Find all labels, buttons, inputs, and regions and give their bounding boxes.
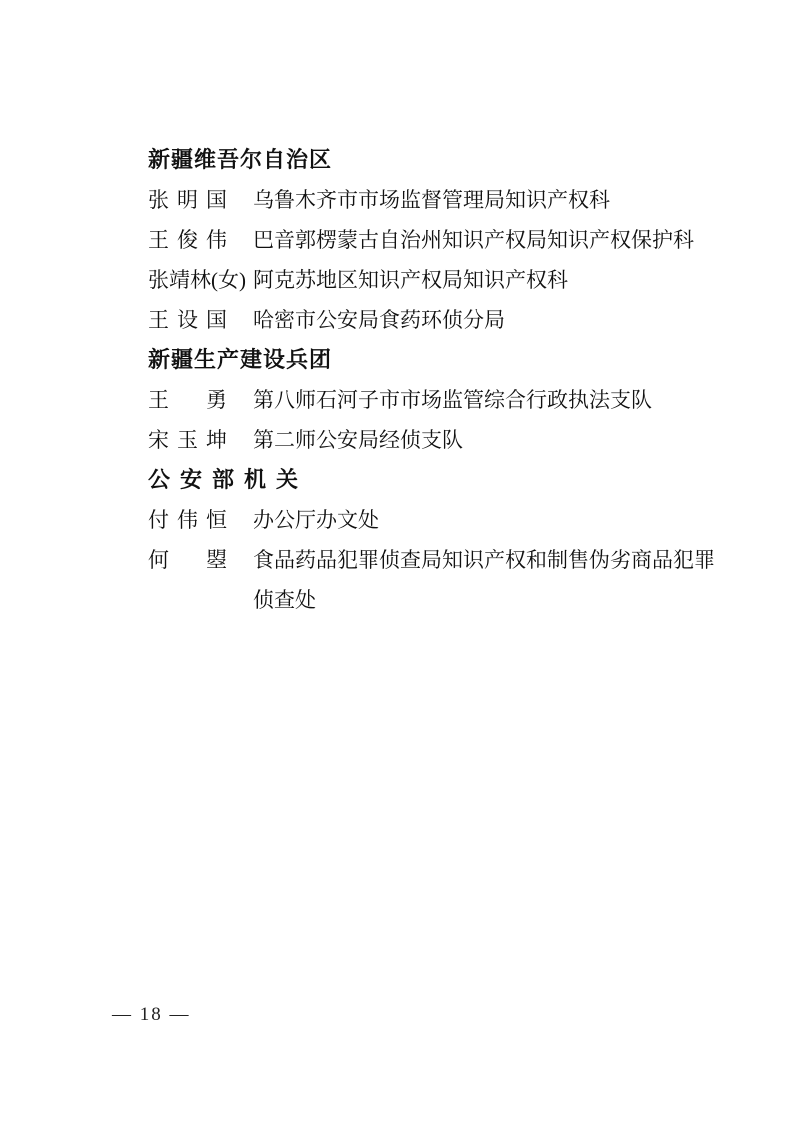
entry-person-name: 王俊伟 [148, 220, 253, 260]
section-mps-organs: 公安部机关 付伟恒 办公厅办文处 何 曌 食品药品犯罪侦查局知识产权和制售伪劣商… [148, 460, 728, 620]
entry-row: 付伟恒 办公厅办文处 [148, 500, 728, 540]
entry-organization: 巴音郭楞蒙古自治州知识产权局知识产权保护科 [253, 220, 728, 260]
document-page: 新疆维吾尔自治区 张明国 乌鲁木齐市市场监督管理局知识产权科 王俊伟 巴音郭楞蒙… [0, 0, 793, 1122]
entry-row: 王俊伟 巴音郭楞蒙古自治州知识产权局知识产权保护科 [148, 220, 728, 260]
entry-row: 何 曌 食品药品犯罪侦查局知识产权和制售伪劣商品犯罪 侦查处 [148, 540, 728, 620]
entry-organization: 第二师公安局经侦支队 [253, 420, 728, 460]
entry-row: 张靖林(女) 阿克苏地区知识产权局知识产权科 [148, 260, 728, 300]
entry-organization: 食品药品犯罪侦查局知识产权和制售伪劣商品犯罪 侦查处 [253, 540, 728, 620]
entry-row: 张明国 乌鲁木齐市市场监督管理局知识产权科 [148, 180, 728, 220]
entry-person-name: 宋玉坤 [148, 420, 253, 460]
entry-organization: 哈密市公安局食药环侦分局 [253, 300, 728, 340]
entry-organization: 乌鲁木齐市市场监督管理局知识产权科 [253, 180, 728, 220]
entry-person-name: 何 曌 [148, 540, 253, 580]
entry-person-name: 张明国 [148, 180, 253, 220]
section-heading: 新疆维吾尔自治区 [148, 140, 728, 180]
section-xinjiang-region: 新疆维吾尔自治区 张明国 乌鲁木齐市市场监督管理局知识产权科 王俊伟 巴音郭楞蒙… [148, 140, 728, 340]
section-heading: 新疆生产建设兵团 [148, 340, 728, 380]
commendation-name-list: 新疆维吾尔自治区 张明国 乌鲁木齐市市场监督管理局知识产权科 王俊伟 巴音郭楞蒙… [148, 140, 728, 620]
entry-organization: 第八师石河子市市场监管综合行政执法支队 [253, 380, 728, 420]
entry-person-name: 付伟恒 [148, 500, 253, 540]
section-heading: 公安部机关 [148, 460, 728, 500]
entry-person-name: 王 勇 [148, 380, 253, 420]
entry-row: 王设国 哈密市公安局食药环侦分局 [148, 300, 728, 340]
page-number: — 18 — [112, 1000, 191, 1030]
section-xinjiang-corps: 新疆生产建设兵团 王 勇 第八师石河子市市场监管综合行政执法支队 宋玉坤 第二师… [148, 340, 728, 460]
entry-person-name: 张靖林(女) [148, 260, 253, 300]
entry-row: 王 勇 第八师石河子市市场监管综合行政执法支队 [148, 380, 728, 420]
entry-person-name: 王设国 [148, 300, 253, 340]
entry-organization: 阿克苏地区知识产权局知识产权科 [253, 260, 728, 300]
entry-row: 宋玉坤 第二师公安局经侦支队 [148, 420, 728, 460]
entry-organization: 办公厅办文处 [253, 500, 728, 540]
